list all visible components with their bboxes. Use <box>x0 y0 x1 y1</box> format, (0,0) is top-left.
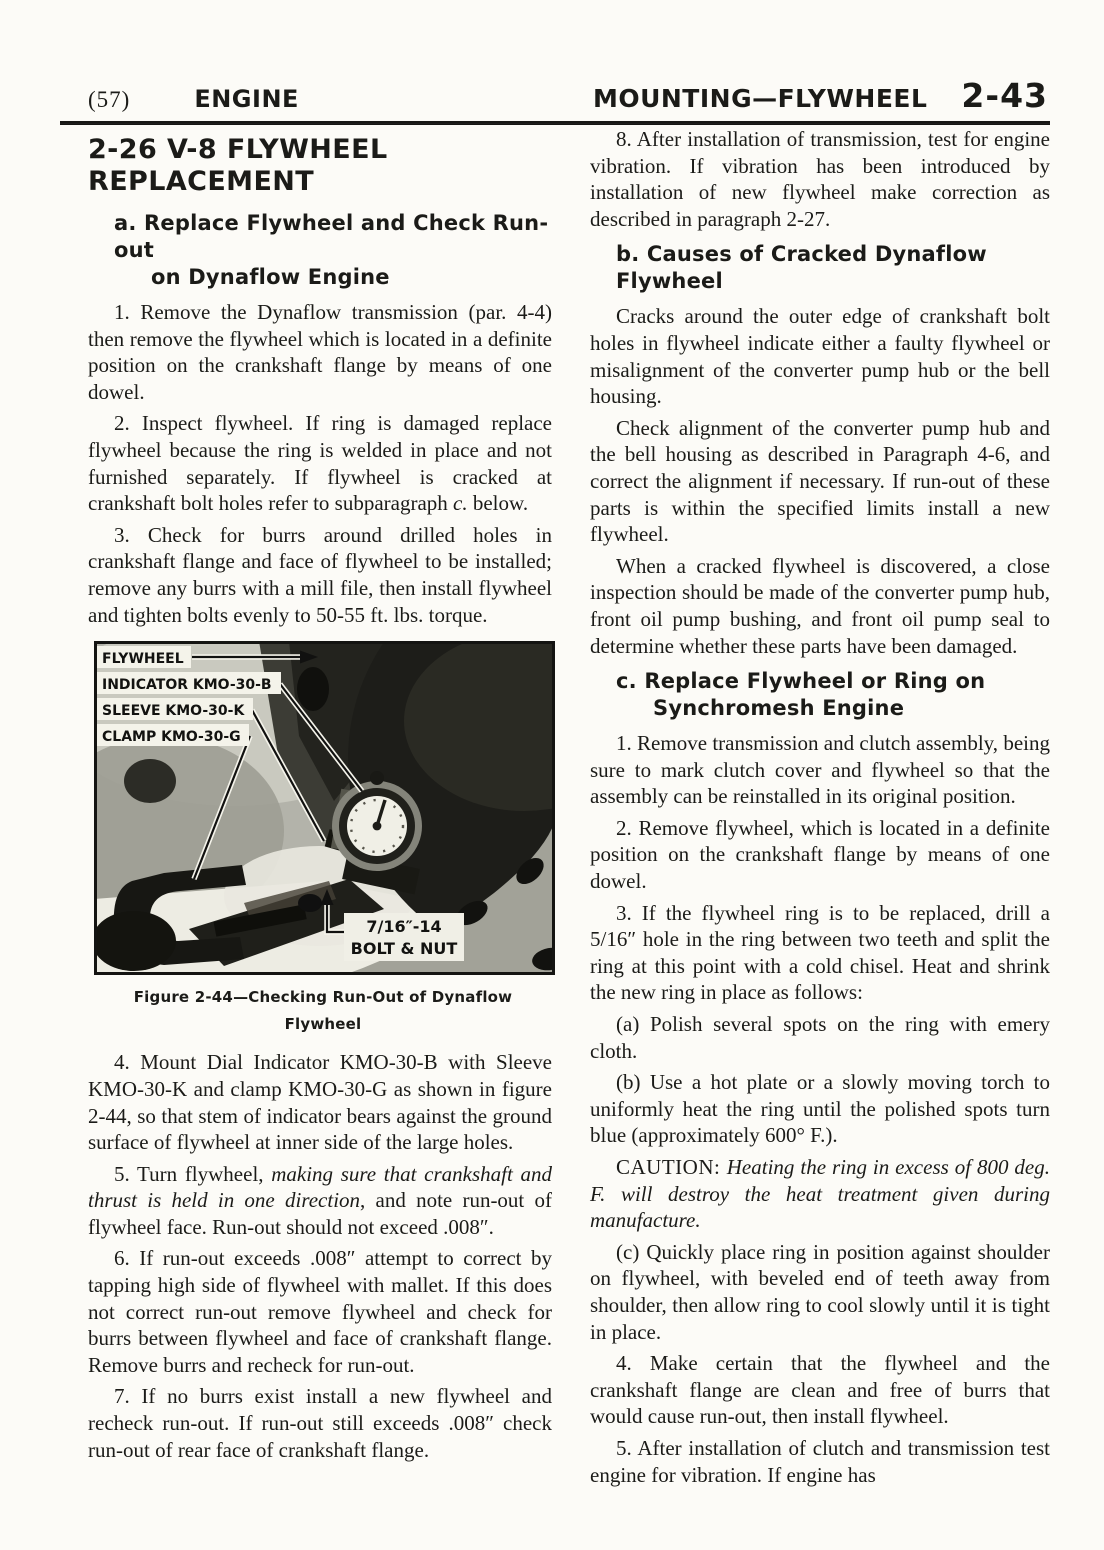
caution-label: CAUTION: <box>616 1155 727 1179</box>
subheading-a-line1: a. Replace Flywheel and Check Run-out <box>114 211 548 262</box>
header-left-group: (57) ENGINE <box>62 85 299 113</box>
header-chapter-title: MOUNTING—FLYWHEEL <box>593 84 927 113</box>
paragraph-1: 1. Remove the Dynaflow transmission (par… <box>88 299 552 405</box>
paragraph-8: 8. After installation of transmission, t… <box>590 126 1050 232</box>
manual-page: (57) ENGINE MOUNTING—FLYWHEEL 2-43 2-26 … <box>0 0 1104 1550</box>
subheading-b-line1: b. Causes of Cracked Dynaflow Flywheel <box>616 242 987 293</box>
subheading-c-line1: c. Replace Flywheel or Ring on <box>616 669 985 693</box>
paragraph-c5: 5. After installation of clutch and tran… <box>590 1435 1050 1488</box>
right-column: 8. After installation of transmission, t… <box>590 126 1050 1493</box>
paragraph-5-text: 5. Turn flywheel, <box>114 1162 271 1186</box>
paragraph-c2: 2. Remove flywheel, which is located in … <box>590 815 1050 895</box>
figure-label-sleeve: SLEEVE KMO-30-K <box>102 703 245 719</box>
header-page-number: 2-43 <box>961 76 1048 115</box>
clamp-bolt-end <box>298 894 322 912</box>
flywheel-photo: FLYWHEEL INDICATOR KMO-30-B SLEEVE KMO-3… <box>94 641 555 975</box>
page-header: (57) ENGINE MOUNTING—FLYWHEEL 2-43 <box>62 76 1048 115</box>
paragraph-2: 2. Inspect flywheel. If ring is damaged … <box>88 410 552 516</box>
paragraph-cb: (b) Use a hot plate or a slowly moving t… <box>590 1069 1050 1149</box>
section-title: 2-26 V-8 FLYWHEEL REPLACEMENT <box>88 134 552 198</box>
paragraph-7: 7. If no burrs exist install a new flywh… <box>88 1383 552 1463</box>
subheading-c: c. Replace Flywheel or Ring on Synchrome… <box>616 668 1050 722</box>
left-column: 2-26 V-8 FLYWHEEL REPLACEMENT a. Replace… <box>88 130 552 1468</box>
figure-caption: Figure 2-44—Checking Run-Out of Dynaflow… <box>94 984 552 1037</box>
header-rule <box>60 121 1050 125</box>
page-ref: (57) <box>88 87 130 113</box>
paragraph-c3: 3. If the flywheel ring is to be replace… <box>590 900 1050 1006</box>
figure-2-44: FLYWHEEL INDICATOR KMO-30-B SLEEVE KMO-3… <box>94 641 552 1037</box>
header-right-group: MOUNTING—FLYWHEEL 2-43 <box>593 76 1048 115</box>
bolt-label: 7/16″-14 BOLT & NUT <box>344 913 464 961</box>
figure-label-flywheel: FLYWHEEL <box>102 651 184 667</box>
housing-hole <box>297 667 329 711</box>
caution-note: CAUTION: Heating the ring in excess of 8… <box>590 1154 1050 1234</box>
paragraph-c4: 4. Make certain that the flywheel and th… <box>590 1350 1050 1430</box>
paragraph-ca: (a) Polish several spots on the ring wit… <box>590 1011 1050 1064</box>
gauge-center <box>373 822 382 831</box>
paragraph-6: 6. If run-out exceeds .008″ attempt to c… <box>88 1245 552 1378</box>
subheading-a-line2: on Dynaflow Engine <box>151 264 552 291</box>
paragraph-2-end: below. <box>468 491 528 515</box>
bolt-label-line1: 7/16″-14 <box>366 917 441 936</box>
paragraph-cc: (c) Quickly place ring in position again… <box>590 1239 1050 1345</box>
header-section-title: ENGINE <box>194 85 299 113</box>
paragraph-4: 4. Mount Dial Indicator KMO-30-B with Sl… <box>88 1049 552 1155</box>
paragraph-5: 5. Turn flywheel, making sure that crank… <box>88 1161 552 1241</box>
figure-label-indicator: INDICATOR KMO-30-B <box>102 677 272 693</box>
bolt-label-line2: BOLT & NUT <box>351 939 458 958</box>
paragraph-3: 3. Check for burrs around drilled holes … <box>88 522 552 628</box>
paragraph-b1: Cracks around the outer edge of cranksha… <box>590 303 1050 409</box>
subheading-c-line2: Synchromesh Engine <box>653 695 1050 722</box>
paragraph-c1: 1. Remove transmission and clutch assemb… <box>590 730 1050 810</box>
paragraph-b3: When a cracked flywheel is discovered, a… <box>590 553 1050 659</box>
paragraph-2-italic: c. <box>453 491 468 515</box>
figure-label-clamp: CLAMP KMO-30-G <box>102 729 241 745</box>
engine-hole <box>124 759 176 803</box>
subheading-a: a. Replace Flywheel and Check Run-out on… <box>114 210 552 291</box>
c-clamp-base <box>94 911 176 971</box>
paragraph-b2: Check alignment of the converter pump hu… <box>590 415 1050 548</box>
subheading-b: b. Causes of Cracked Dynaflow Flywheel <box>616 241 1050 295</box>
gauge-knob <box>370 771 384 785</box>
